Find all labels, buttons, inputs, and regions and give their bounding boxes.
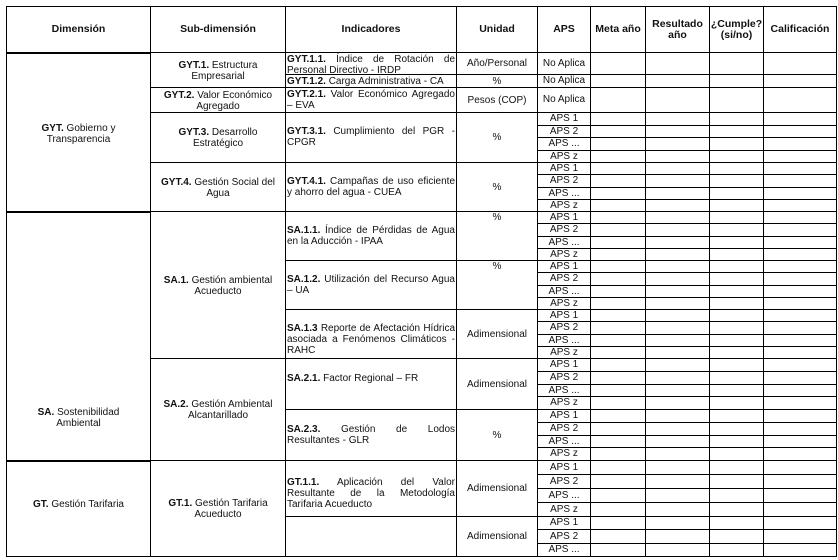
goal-year-input[interactable] bbox=[590, 422, 646, 436]
unit-label: Pesos (COP) bbox=[468, 95, 527, 106]
subdimension-name: Gestión Social del Agua bbox=[194, 177, 275, 199]
unit-label: Adimensional bbox=[467, 379, 527, 390]
aps-label: APS z bbox=[550, 449, 578, 459]
result-year-input[interactable] bbox=[645, 137, 710, 151]
goal-year-input[interactable] bbox=[590, 321, 646, 335]
goal-year-input[interactable] bbox=[590, 223, 646, 237]
goal-year-input[interactable] bbox=[590, 409, 646, 423]
unit-cell: % bbox=[456, 211, 538, 261]
aps-label: APS z bbox=[550, 398, 578, 408]
aps-label: APS ... bbox=[548, 139, 579, 149]
unit-label: % bbox=[493, 132, 502, 143]
result-year-input[interactable] bbox=[645, 516, 710, 530]
header-label: Meta año bbox=[595, 24, 641, 35]
score-input[interactable] bbox=[763, 396, 837, 410]
indicator-code: SA.1.3 bbox=[287, 323, 318, 334]
aps-label: APS ... bbox=[548, 287, 579, 297]
header-unit: Unidad bbox=[456, 6, 538, 53]
header-dimension: Dimensión bbox=[6, 6, 151, 53]
unit-label: % bbox=[493, 430, 502, 441]
score-input[interactable] bbox=[763, 460, 837, 475]
subdimension-cell: GT.1. Gestión Tarifaria Acueducto bbox=[150, 460, 286, 557]
aps-cell: APS 2 bbox=[537, 422, 591, 436]
goal-year-input[interactable] bbox=[590, 529, 646, 544]
score-input[interactable] bbox=[763, 474, 837, 489]
aps-label: APS 2 bbox=[550, 477, 578, 487]
unit-cell: Adimensional bbox=[456, 309, 538, 359]
complies-input[interactable] bbox=[709, 409, 764, 423]
aps-label: APS ... bbox=[548, 491, 579, 501]
unit-cell: % bbox=[456, 112, 538, 163]
header-aps: APS bbox=[537, 6, 591, 53]
unit-label: % bbox=[493, 261, 502, 272]
aps-cell: No Aplica bbox=[537, 74, 591, 88]
complies-input[interactable] bbox=[709, 447, 764, 461]
complies-input[interactable] bbox=[709, 543, 764, 557]
header-complies: ¿Cumple? (si/no) bbox=[709, 6, 764, 53]
complies-input[interactable] bbox=[709, 87, 764, 113]
result-year-input[interactable] bbox=[645, 321, 710, 335]
aps-label: No Aplica bbox=[543, 76, 585, 86]
indicator-cell: GYT.2.1. Valor Económico Agregado – EVA bbox=[285, 87, 457, 113]
subdimension-code: SA.1. bbox=[164, 275, 189, 286]
aps-cell: APS 2 bbox=[537, 174, 591, 188]
result-year-input[interactable] bbox=[645, 422, 710, 436]
score-input[interactable] bbox=[763, 371, 837, 385]
complies-input[interactable] bbox=[709, 474, 764, 489]
unit-label: Año/Personal bbox=[467, 58, 527, 69]
subdimension-cell: GYT.1. Estructura Empresarial bbox=[150, 52, 286, 88]
result-year-input[interactable] bbox=[645, 543, 710, 557]
unit-label: % bbox=[493, 76, 502, 87]
dimension-cell: GT. Gestión Tarifaria bbox=[6, 460, 151, 557]
aps-label: APS 1 bbox=[550, 360, 578, 370]
aps-label: APS 1 bbox=[550, 463, 578, 473]
aps-cell: APS 2 bbox=[537, 371, 591, 385]
goal-year-input[interactable] bbox=[590, 174, 646, 188]
aps-label: APS 2 bbox=[550, 127, 578, 137]
aps-label: APS 2 bbox=[550, 424, 578, 434]
aps-label: APS 2 bbox=[550, 323, 578, 333]
indicator-cell: SA.1.2. Utilización del Recurso Agua – U… bbox=[285, 260, 457, 310]
goal-year-input[interactable] bbox=[590, 137, 646, 151]
indicator-cell: SA.2.1. Factor Regional – FR bbox=[285, 358, 457, 410]
header-label: APS bbox=[553, 24, 575, 35]
score-input[interactable] bbox=[763, 74, 837, 88]
subdimension-cell: SA.2. Gestión Ambiental Alcantarillado bbox=[150, 358, 286, 461]
dimension-code: GYT. bbox=[42, 123, 64, 134]
result-year-input[interactable] bbox=[645, 371, 710, 385]
aps-cell: APS ... bbox=[537, 488, 591, 503]
unit-cell: Adimensional bbox=[456, 460, 538, 517]
subdimension-code: SA.2. bbox=[164, 399, 189, 410]
result-year-input[interactable] bbox=[645, 174, 710, 188]
complies-input[interactable] bbox=[709, 174, 764, 188]
indicator-cell: SA.2.3. Gestión de Lodos Resultantes - G… bbox=[285, 409, 457, 461]
indicator-name: Carga Administrativa - CA bbox=[329, 76, 444, 87]
result-year-input[interactable] bbox=[645, 488, 710, 503]
aps-label: APS z bbox=[550, 505, 578, 515]
header-label: ¿Cumple? (si/no) bbox=[710, 19, 763, 41]
aps-cell: APS 2 bbox=[537, 529, 591, 544]
aps-cell: APS ... bbox=[537, 543, 591, 557]
indicator-code: SA.1.1. bbox=[287, 225, 320, 236]
aps-label: APS z bbox=[550, 152, 578, 162]
complies-input[interactable] bbox=[709, 272, 764, 286]
header-label: Resultado año bbox=[646, 19, 709, 41]
score-input[interactable] bbox=[763, 409, 837, 423]
aps-label: APS z bbox=[550, 201, 578, 211]
unit-label: % bbox=[493, 182, 502, 193]
indicator-cell: GT.1.1. Aplicación del Valor Resultante … bbox=[285, 460, 457, 517]
subdimension-cell: SA.1. Gestión ambiental Acueducto bbox=[150, 211, 286, 359]
indicator-cell: SA.1.1. Índice de Pérdidas de Agua en la… bbox=[285, 211, 457, 261]
complies-input[interactable] bbox=[709, 74, 764, 88]
subdimension-code: GYT.3. bbox=[179, 127, 210, 138]
aps-cell: APS 1 bbox=[537, 409, 591, 423]
dimension-name: Gestión Tarifaria bbox=[51, 499, 124, 510]
score-input[interactable] bbox=[763, 516, 837, 530]
subdimension-code: GYT.4. bbox=[161, 177, 192, 188]
aps-label: APS 1 bbox=[550, 411, 578, 421]
complies-input[interactable] bbox=[709, 137, 764, 151]
indicator-code: SA.1.2. bbox=[287, 274, 320, 285]
complies-input[interactable] bbox=[709, 422, 764, 436]
goal-year-input[interactable] bbox=[590, 272, 646, 286]
unit-cell: Adimensional bbox=[456, 358, 538, 410]
score-input[interactable] bbox=[763, 543, 837, 557]
complies-input[interactable] bbox=[709, 52, 764, 75]
header-label: Sub-dimensión bbox=[180, 24, 256, 35]
aps-label: APS 1 bbox=[550, 164, 578, 174]
complies-input[interactable] bbox=[709, 223, 764, 237]
aps-cell: APS 1 bbox=[537, 358, 591, 372]
goal-year-input[interactable] bbox=[590, 502, 646, 517]
aps-label: APS 1 bbox=[550, 518, 578, 528]
aps-cell: APS 1 bbox=[537, 460, 591, 475]
aps-cell: APS ... bbox=[537, 137, 591, 151]
aps-label: APS 2 bbox=[550, 274, 578, 284]
aps-cell: No Aplica bbox=[537, 87, 591, 113]
score-input[interactable] bbox=[763, 422, 837, 436]
score-input[interactable] bbox=[763, 137, 837, 151]
aps-cell: APS z bbox=[537, 502, 591, 517]
aps-cell: APS z bbox=[537, 447, 591, 461]
header-goal-year: Meta año bbox=[590, 6, 646, 53]
header-result-year: Resultado año bbox=[645, 6, 710, 53]
score-input[interactable] bbox=[763, 272, 837, 286]
complies-input[interactable] bbox=[709, 321, 764, 335]
aps-label: APS 1 bbox=[550, 114, 578, 124]
goal-year-input[interactable] bbox=[590, 87, 646, 113]
result-year-input[interactable] bbox=[645, 223, 710, 237]
goal-year-input[interactable] bbox=[590, 516, 646, 530]
indicator-code: GYT.4.1. bbox=[287, 176, 326, 187]
complies-input[interactable] bbox=[709, 516, 764, 530]
header-score: Calificación bbox=[763, 6, 837, 53]
unit-cell: Pesos (COP) bbox=[456, 87, 538, 113]
indicator-code: SA.2.3. bbox=[287, 424, 320, 435]
indicator-cell: GYT.1.2. Carga Administrativa - CA bbox=[285, 74, 457, 88]
result-year-input[interactable] bbox=[645, 87, 710, 113]
header-label: Calificación bbox=[771, 24, 830, 35]
result-year-input[interactable] bbox=[645, 409, 710, 423]
subdimension-cell: GYT.2. Valor Económico Agregado bbox=[150, 87, 286, 113]
subdimension-code: GYT.2. bbox=[164, 90, 195, 101]
aps-label: APS ... bbox=[548, 386, 579, 396]
aps-label: APS 1 bbox=[550, 311, 578, 321]
complies-input[interactable] bbox=[709, 371, 764, 385]
aps-cell: APS 2 bbox=[537, 474, 591, 489]
score-input[interactable] bbox=[763, 87, 837, 113]
score-input[interactable] bbox=[763, 223, 837, 237]
score-input[interactable] bbox=[763, 358, 837, 372]
complies-input[interactable] bbox=[709, 529, 764, 544]
aps-cell: APS z bbox=[537, 396, 591, 410]
indicator-code: SA.2.1. bbox=[287, 373, 320, 384]
header-label: Unidad bbox=[479, 24, 515, 35]
subdimension-name: Gestión Ambiental Alcantarillado bbox=[188, 399, 273, 421]
unit-label: Adimensional bbox=[467, 531, 527, 542]
unit-cell: Año/Personal bbox=[456, 52, 538, 75]
score-input[interactable] bbox=[763, 174, 837, 188]
aps-cell: APS 2 bbox=[537, 321, 591, 335]
subdimension-code: GYT.1. bbox=[179, 60, 210, 71]
goal-year-input[interactable] bbox=[590, 488, 646, 503]
indicator-name: Factor Regional – FR bbox=[323, 373, 418, 384]
indicator-cell bbox=[285, 516, 457, 557]
dimension-name: Sostenibilidad Ambiental bbox=[56, 407, 119, 429]
result-year-input[interactable] bbox=[645, 272, 710, 286]
header-indicators: Indicadores bbox=[285, 6, 457, 53]
indicator-code: GYT.1.1. bbox=[287, 54, 326, 65]
goal-year-input[interactable] bbox=[590, 112, 646, 126]
unit-cell: % bbox=[456, 162, 538, 212]
result-year-input[interactable] bbox=[645, 460, 710, 475]
dimension-cell: SA. Sostenibilidad Ambiental bbox=[6, 211, 151, 461]
complies-input[interactable] bbox=[709, 488, 764, 503]
dimension-cell: GYT. Gobierno y Transparencia bbox=[6, 52, 151, 212]
goal-year-input[interactable] bbox=[590, 447, 646, 461]
aps-label: APS z bbox=[550, 348, 578, 358]
aps-label: APS 2 bbox=[550, 532, 578, 542]
aps-label: APS 2 bbox=[550, 373, 578, 383]
result-year-input[interactable] bbox=[645, 502, 710, 517]
goal-year-input[interactable] bbox=[590, 371, 646, 385]
subdimension-cell: GYT.4. Gestión Social del Agua bbox=[150, 162, 286, 212]
score-input[interactable] bbox=[763, 52, 837, 75]
unit-cell: % bbox=[456, 409, 538, 461]
score-input[interactable] bbox=[763, 529, 837, 544]
result-year-input[interactable] bbox=[645, 358, 710, 372]
aps-cell: APS 1 bbox=[537, 112, 591, 126]
score-input[interactable] bbox=[763, 502, 837, 517]
result-year-input[interactable] bbox=[645, 474, 710, 489]
header-subdimension: Sub-dimensión bbox=[150, 6, 286, 53]
aps-cell: APS 2 bbox=[537, 272, 591, 286]
score-input[interactable] bbox=[763, 112, 837, 126]
indicator-cell: GYT.4.1. Campañas de uso eficiente y aho… bbox=[285, 162, 457, 212]
unit-label: % bbox=[493, 212, 502, 223]
goal-year-input[interactable] bbox=[590, 74, 646, 88]
aps-cell: No Aplica bbox=[537, 52, 591, 75]
aps-cell: APS 2 bbox=[537, 223, 591, 237]
result-year-input[interactable] bbox=[645, 74, 710, 88]
dimension-code: GT. bbox=[33, 499, 49, 510]
result-year-input[interactable] bbox=[645, 52, 710, 75]
indicator-code: GYT.1.2. bbox=[287, 76, 326, 87]
score-input[interactable] bbox=[763, 488, 837, 503]
goal-year-input[interactable] bbox=[590, 474, 646, 489]
complies-input[interactable] bbox=[709, 358, 764, 372]
indicator-cell: GYT.3.1. Cumplimiento del PGR - CPGR bbox=[285, 112, 457, 163]
indicator-cell: SA.1.3 Reporte de Afectación Hídrica aso… bbox=[285, 309, 457, 359]
aps-cell: APS 1 bbox=[537, 516, 591, 530]
aps-label: APS ... bbox=[548, 437, 579, 447]
aps-label: APS z bbox=[550, 250, 578, 260]
unit-cell: Adimensional bbox=[456, 516, 538, 557]
goal-year-input[interactable] bbox=[590, 460, 646, 475]
score-input[interactable] bbox=[763, 447, 837, 461]
goal-year-input[interactable] bbox=[590, 358, 646, 372]
header-label: Indicadores bbox=[342, 24, 401, 35]
goal-year-input[interactable] bbox=[590, 396, 646, 410]
unit-cell: % bbox=[456, 260, 538, 310]
aps-label: APS ... bbox=[548, 238, 579, 248]
header-label: Dimensión bbox=[52, 24, 106, 35]
aps-label: No Aplica bbox=[543, 59, 585, 69]
goal-year-input[interactable] bbox=[590, 543, 646, 557]
aps-label: APS ... bbox=[548, 336, 579, 346]
complies-input[interactable] bbox=[709, 396, 764, 410]
goal-year-input[interactable] bbox=[590, 52, 646, 75]
score-input[interactable] bbox=[763, 321, 837, 335]
complies-input[interactable] bbox=[709, 112, 764, 126]
aps-label: No Aplica bbox=[543, 95, 585, 105]
result-year-input[interactable] bbox=[645, 529, 710, 544]
aps-label: APS ... bbox=[548, 189, 579, 199]
indicator-code: GYT.2.1. bbox=[287, 89, 326, 100]
indicator-code: GT.1.1. bbox=[287, 477, 319, 488]
indicator-cell: GYT.1.1. Índice de Rotación de Personal … bbox=[285, 52, 457, 75]
unit-label: Adimensional bbox=[467, 329, 527, 340]
dimension-code: SA. bbox=[38, 407, 55, 418]
aps-label: APS z bbox=[550, 299, 578, 309]
subdimension-name: Gestión ambiental Acueducto bbox=[192, 275, 273, 297]
subdimension-name: Valor Económico Agregado bbox=[196, 90, 272, 112]
aps-label: APS 2 bbox=[550, 176, 578, 186]
indicator-code: GYT.3.1. bbox=[287, 126, 326, 137]
result-year-input[interactable] bbox=[645, 112, 710, 126]
aps-label: APS 2 bbox=[550, 225, 578, 235]
complies-input[interactable] bbox=[709, 460, 764, 475]
complies-input[interactable] bbox=[709, 502, 764, 517]
unit-label: Adimensional bbox=[467, 483, 527, 494]
subdimension-cell: GYT.3. Desarrollo Estratégico bbox=[150, 112, 286, 163]
subdimension-name: Gestión Tarifaria Acueducto bbox=[194, 498, 267, 520]
result-year-input[interactable] bbox=[645, 447, 710, 461]
aps-label: APS ... bbox=[548, 545, 579, 555]
subdimension-code: GT.1. bbox=[168, 498, 192, 509]
aps-label: APS 1 bbox=[550, 213, 578, 223]
unit-cell: % bbox=[456, 74, 538, 88]
aps-label: APS 1 bbox=[550, 262, 578, 272]
result-year-input[interactable] bbox=[645, 396, 710, 410]
